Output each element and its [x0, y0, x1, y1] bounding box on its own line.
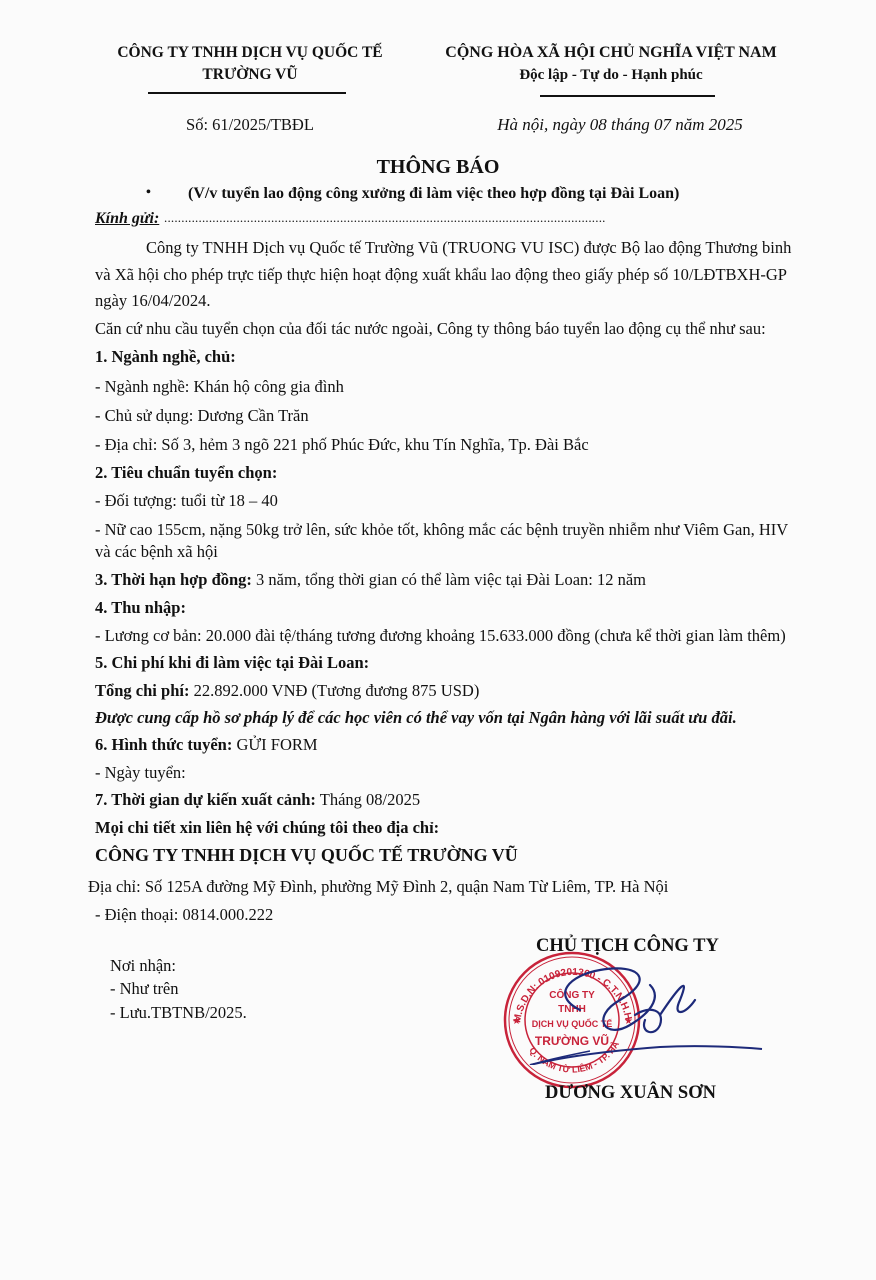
- section-4-item: - Lương cơ bản: 20.000 đài tệ/tháng tươn…: [95, 625, 786, 647]
- section-7-heading: 7. Thời gian dự kiến xuất cảnh:: [95, 790, 316, 809]
- section-1-item: - Ngành nghề: Khán hộ công gia đình: [95, 376, 344, 398]
- handwritten-signature-icon: [510, 955, 770, 1065]
- contact-address: Địa chỉ: Số 125A đường Mỹ Đình, phường M…: [88, 876, 668, 898]
- greeting-dots: ........................................…: [164, 210, 606, 226]
- section-6-item: - Ngày tuyển:: [95, 762, 186, 784]
- intro-line-2: và Xã hội cho phép trực tiếp thực hiện h…: [95, 264, 787, 286]
- place-date: Hà nội, ngày 08 tháng 07 năm 2025: [470, 114, 770, 136]
- document-number: Số: 61/2025/TBĐL: [90, 114, 410, 136]
- section-5-heading: 5. Chi phí khi đi làm việc tại Đài Loan:: [95, 652, 369, 674]
- company-name-line2: TRƯỜNG VŨ: [90, 64, 410, 86]
- nation-title: CỘNG HÒA XÃ HỘI CHỦ NGHĨA VIỆT NAM: [430, 42, 792, 64]
- intro-line-4: Căn cứ nhu cầu tuyển chọn của đối tác nư…: [95, 318, 766, 340]
- nation-motto: Độc lập - Tự do - Hạnh phúc: [430, 64, 792, 86]
- section-6-value: GỬI FORM: [232, 735, 317, 754]
- document-subtitle: (V/v tuyển lao động công xưởng đi làm vi…: [188, 185, 679, 203]
- greeting-label: Kính gửi:: [95, 210, 159, 228]
- bullet-mark: •: [146, 185, 151, 201]
- section-6: 6. Hình thức tuyển: GỬI FORM: [95, 734, 318, 756]
- section-3-value: 3 năm, tổng thời gian có thể làm việc tạ…: [252, 570, 646, 589]
- recipients-label: Nơi nhận:: [110, 955, 176, 977]
- loan-note: Được cung cấp hồ sơ pháp lý để các học v…: [95, 707, 737, 729]
- section-5-total: Tổng chi phí: 22.892.000 VNĐ (Tương đươn…: [95, 680, 479, 702]
- recipient-item: - Như trên: [110, 978, 179, 1000]
- intro-line-1: Công ty TNHH Dịch vụ Quốc tế Trường Vũ (…: [146, 237, 791, 259]
- header-right-rule: [540, 95, 715, 97]
- total-cost-label: Tổng chi phí:: [95, 681, 189, 700]
- section-2-heading: 2. Tiêu chuẩn tuyển chọn:: [95, 462, 277, 484]
- contact-company: CÔNG TY TNHH DỊCH VỤ QUỐC TẾ TRƯỜNG VŨ: [95, 845, 518, 866]
- document-title: THÔNG BÁO: [0, 156, 876, 179]
- section-1-item: - Địa chỉ: Số 3, hẻm 3 ngõ 221 phố Phúc …: [95, 434, 589, 456]
- section-2-item: và các bệnh xã hội: [95, 541, 218, 563]
- section-2-item: - Đối tượng: tuổi từ 18 – 40: [95, 490, 278, 512]
- recipient-item: - Lưu.TBTNB/2025.: [110, 1002, 247, 1024]
- section-4-heading: 4. Thu nhập:: [95, 597, 186, 619]
- section-7-value: Tháng 08/2025: [316, 790, 420, 809]
- section-2-item: - Nữ cao 155cm, nặng 50kg trở lên, sức k…: [95, 519, 788, 541]
- section-1-heading: 1. Ngành nghề, chủ:: [95, 346, 236, 368]
- signatory-title: CHỦ TỊCH CÔNG TY: [536, 936, 719, 957]
- contact-phone: - Điện thoại: 0814.000.222: [95, 904, 273, 926]
- section-6-heading: 6. Hình thức tuyển:: [95, 735, 232, 754]
- company-name-line1: CÔNG TY TNHH DỊCH VỤ QUỐC TẾ: [90, 42, 410, 64]
- total-cost-value: 22.892.000 VNĐ (Tương đương 875 USD): [189, 681, 479, 700]
- section-3-heading: 3. Thời hạn hợp đồng:: [95, 570, 252, 589]
- header-left-rule: [148, 92, 346, 94]
- section-1-item: - Chủ sử dụng: Dương Cần Trăn: [95, 405, 309, 427]
- section-7: 7. Thời gian dự kiến xuất cảnh: Tháng 08…: [95, 789, 420, 811]
- contact-intro: Mọi chi tiết xin liên hệ với chúng tôi t…: [95, 817, 439, 839]
- section-3: 3. Thời hạn hợp đồng: 3 năm, tổng thời g…: [95, 569, 646, 591]
- signatory-name: DƯƠNG XUÂN SƠN: [545, 1083, 716, 1104]
- intro-line-3: ngày 16/04/2024.: [95, 290, 211, 312]
